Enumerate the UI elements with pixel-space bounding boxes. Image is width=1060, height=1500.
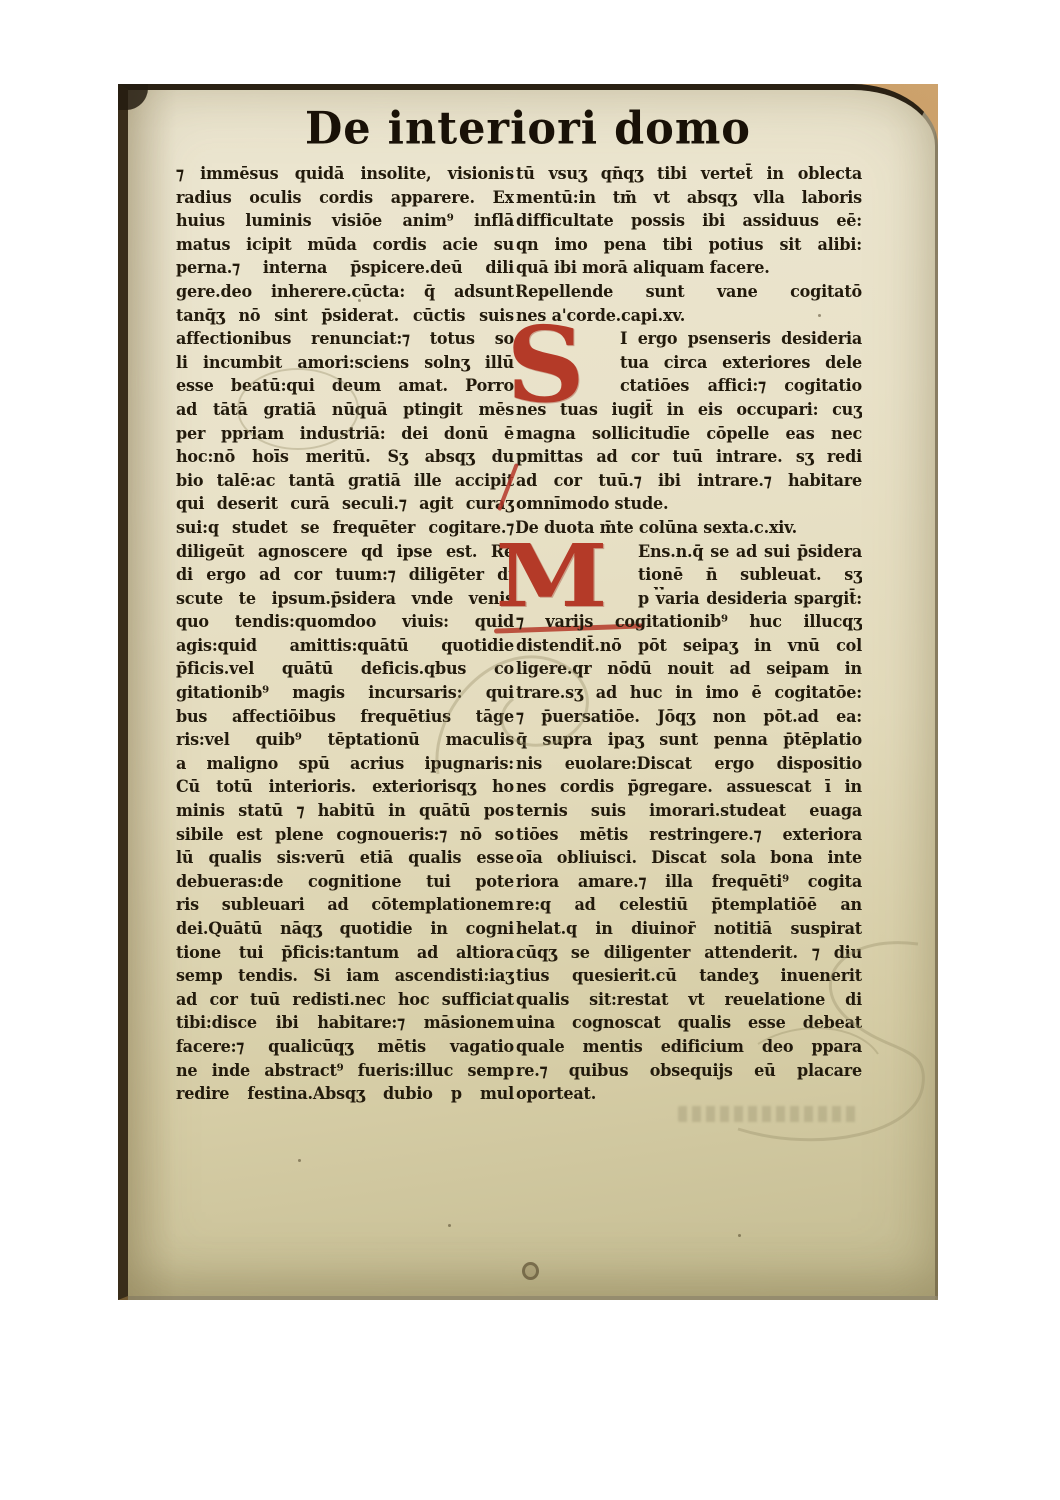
ink-showthrough [678, 1106, 858, 1122]
text-line: Ens.n.q̄ se ad sui p̄sidera [516, 541, 862, 566]
paragraph: tū vsuʒ qn̄qʒ tibi vertet̄ in oblectamen… [516, 164, 862, 282]
text-line: tiōes mētis restringere.⁊ exteriora [516, 824, 862, 849]
screenshot-canvas: De interiori domo ⁊ immēsus quidā insoli… [0, 0, 1060, 1500]
text-line: di ergo ad cor tuum:⁊ diligēter di [176, 565, 514, 590]
text-line: mentū:in tm̄ vt absqʒ vlla laboris [516, 187, 862, 212]
text-line: pmittas ad cor tuū intrare. sʒ redi [516, 447, 862, 472]
text-line: radius oculis cordis apparere. Ex [176, 187, 514, 212]
blind-stamp-flourish [698, 924, 938, 1184]
text-line: p varia desideria spargit̄: [516, 588, 862, 613]
text-line: ad cor tuū redisti.nec hoc sufficiat [176, 989, 514, 1014]
text-line: ctatiōes affici:⁊ cogitatio [516, 376, 862, 401]
text-line: ad cor tuū.⁊ ibi intrare.⁊ habitare [516, 470, 862, 495]
text-line: affectionibus renunciat:⁊ totus so [176, 329, 514, 354]
book-page-photo: De interiori domo ⁊ immēsus quidā insoli… [118, 84, 938, 1300]
paper-speck [358, 299, 361, 302]
paper-speck [738, 1234, 741, 1237]
text-line: tua circa exteriores dele [516, 352, 862, 377]
text-line: dei.Quātū nāqʒ quotidie in cogni [176, 919, 514, 944]
text-line: gere.deo inherere.cūcta: q̄ adsunt [176, 281, 514, 306]
text-line: tū vsuʒ qn̄qʒ tibi vertet̄ in oblecta [516, 164, 862, 189]
initial-paragraph: SI ergo psenseris desideriatua circa ext… [516, 329, 862, 518]
text-line: tanq̄ʒ nō sint p̄siderat. cūctis suis [176, 305, 514, 330]
text-line: tionē n̄ subleuat. sʒ adhuc [516, 565, 862, 590]
text-line: lū qualis sis:verū etiā qualis esse [176, 848, 514, 873]
text-line: perna.⁊ interna p̄spicere.deū dili [176, 258, 514, 283]
page-title: De interiori domo [118, 103, 938, 156]
text-line: quā ibi morā aliquam facere. [516, 258, 862, 283]
text-line: sibile est plene cognoueris:⁊ nō so [176, 824, 514, 849]
text-line: I ergo psenseris desideria [516, 329, 862, 354]
text-line: tione tui p̄ficis:tantum ad altiora [176, 942, 514, 967]
text-line: oīa obliuisci. Discat sola bona inte [516, 848, 862, 873]
text-line: semp tendis. Si iam ascendisti:iaʒ [176, 966, 514, 991]
paper-speck [818, 314, 821, 317]
blind-stamp-flourish [418, 624, 618, 814]
text-line: bio talē:ac tantā gratiā ille accipit [176, 470, 514, 495]
ink-spot [522, 1262, 539, 1280]
text-line: facere:⁊ qualicūqʒ mētis vagatio [176, 1036, 514, 1061]
text-line: ⁊ immēsus quidā insolite, visionis [176, 164, 514, 189]
text-line: re:q ad celestiū p̄templatiōē an [516, 895, 862, 920]
text-line: magna sollicitudīe cōpelle eas nec [516, 423, 862, 448]
text-line: nes tuas iugit̄ in eis occupari: cuʒ [516, 399, 862, 424]
blind-stamp-flourish [228, 354, 368, 464]
text-line: matus icipit mūda cordis acie su [176, 234, 514, 259]
text-line: debueras:de cognitione tui pote [176, 871, 514, 896]
text-line: scute te ipsum.p̄sidera vnde venis [176, 588, 514, 613]
text-line: sui:q studet se frequēter cogitare.⁊ [176, 517, 514, 542]
text-line: ris subleuari ad cōtemplationem [176, 895, 514, 920]
text-line: difficultate possis ibi assiduus eē: [516, 211, 862, 236]
text-line: redire festina.Absqʒ dubio p mul [176, 1084, 514, 1109]
text-line: omnīmodo stude. [516, 494, 862, 519]
text-line: diligeūt agnoscere qd ipse est. Re [176, 541, 514, 566]
text-line: tibi:disce ibi habitare:⁊ māsionem [176, 1013, 514, 1038]
paper-speck [448, 1224, 451, 1227]
text-line: ne inde abstract⁹ fueris:illuc semp [176, 1060, 514, 1085]
paper-speck [298, 1159, 301, 1162]
text-line: riora amare.⁊ illa frequēti⁹ cogita [516, 871, 862, 896]
text-line: huius luminis visiōe anim⁹ inflā [176, 211, 514, 236]
text-line: qui deserit curā seculi.⁊ agit curaʒ [176, 494, 514, 519]
text-line: qn imo pena tibi potius sit alibi: [516, 234, 862, 259]
